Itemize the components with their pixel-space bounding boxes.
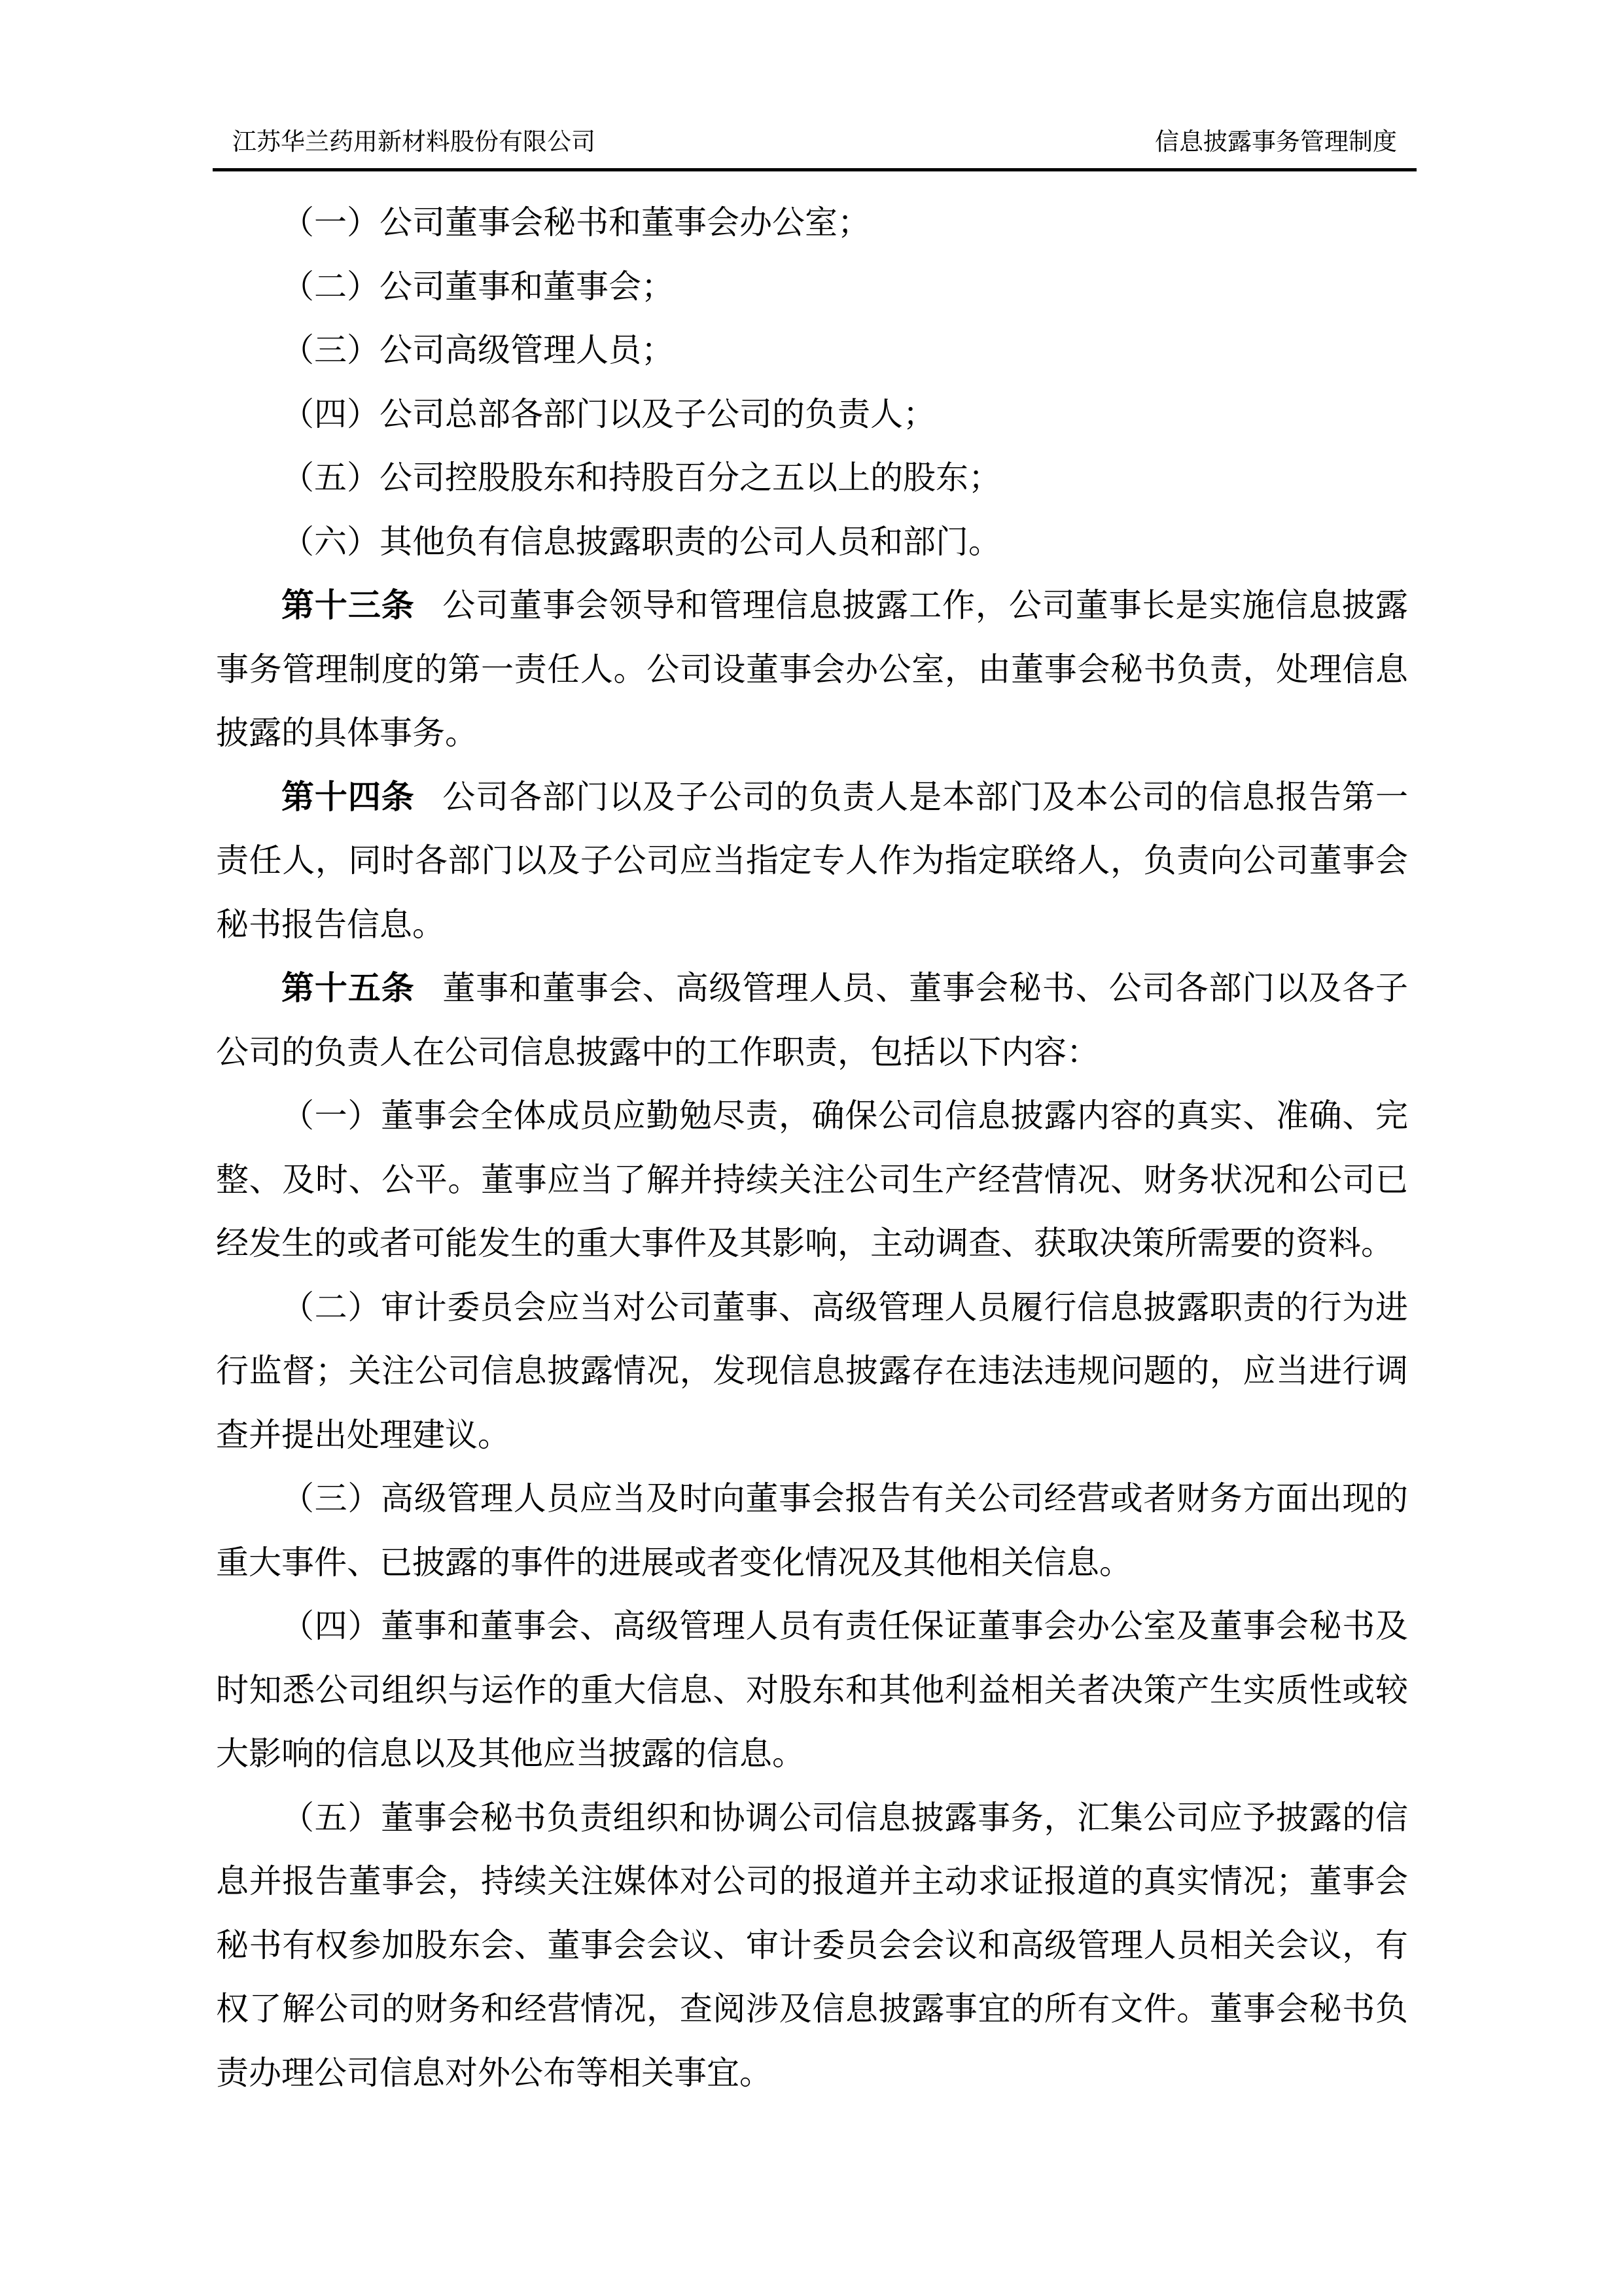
paragraph: （一）董事会全体成员应勤勉尽责，确保公司信息披露内容的真实、准确、完整、及时、公…	[216, 1084, 1408, 1276]
header-company-name: 江苏华兰药用新材料股份有限公司	[232, 128, 595, 157]
paragraph: （四）董事和董事会、高级管理人员有责任保证董事会办公室及董事会秘书及时知悉公司组…	[216, 1595, 1408, 1786]
paragraph: （一）公司董事会秘书和董事会办公室；	[216, 191, 1408, 255]
header-doc-title: 信息披露事务管理制度	[1155, 128, 1397, 157]
article-number-label: 第十五条	[281, 970, 415, 1006]
header-divider	[213, 168, 1417, 171]
paragraph-text: （三）公司高级管理人员；	[281, 332, 674, 368]
paragraph-text: （三）高级管理人员应当及时向董事会报告有关公司经营或者财务方面出现的重大事件、已…	[216, 1480, 1408, 1581]
paragraph-text: （五）董事会秘书负责组织和协调公司信息披露事务，汇集公司应予披露的信息并报告董事…	[216, 1799, 1408, 2091]
paragraph: 第十三条公司董事会领导和管理信息披露工作，公司董事长是实施信息披露事务管理制度的…	[216, 574, 1408, 766]
paragraph: 第十五条董事和董事会、高级管理人员、董事会秘书、公司各部门以及各子公司的负责人在…	[216, 957, 1408, 1084]
paragraph-text: （一）公司董事会秘书和董事会办公室；	[281, 204, 870, 241]
paragraph: （二）公司董事和董事会；	[216, 255, 1408, 319]
paragraph: （六）其他负有信息披露职责的公司人员和部门。	[216, 510, 1408, 574]
paragraph: 第十四条公司各部门以及子公司的负责人是本部门及本公司的信息报告第一责任人，同时各…	[216, 766, 1408, 957]
paragraph: （二）审计委员会应当对公司董事、高级管理人员履行信息披露职责的行为进行监督；关注…	[216, 1276, 1408, 1468]
article-number-label: 第十四条	[281, 779, 415, 815]
paragraph: （五）董事会秘书负责组织和协调公司信息披露事务，汇集公司应予披露的信息并报告董事…	[216, 1786, 1408, 2106]
paragraph: （三）公司高级管理人员；	[216, 319, 1408, 383]
article-number-label: 第十三条	[281, 587, 415, 624]
page-header: 江苏华兰药用新材料股份有限公司 信息披露事务管理制度	[213, 128, 1417, 157]
document-body: （一）公司董事会秘书和董事会办公室；（二）公司董事和董事会；（三）公司高级管理人…	[216, 191, 1408, 2105]
paragraph-text: （四）公司总部各部门以及子公司的负责人；	[281, 396, 936, 433]
document-page: 江苏华兰药用新材料股份有限公司 信息披露事务管理制度 （一）公司董事会秘书和董事…	[0, 0, 1624, 2296]
paragraph-text: （二）审计委员会应当对公司董事、高级管理人员履行信息披露职责的行为进行监督；关注…	[216, 1289, 1408, 1453]
paragraph-text: （四）董事和董事会、高级管理人员有责任保证董事会办公室及董事会秘书及时知悉公司组…	[216, 1608, 1408, 1772]
paragraph-text: （五）公司控股股东和持股百分之五以上的股东；	[281, 459, 1001, 496]
paragraph-text: （一）董事会全体成员应勤勉尽责，确保公司信息披露内容的真实、准确、完整、及时、公…	[216, 1097, 1408, 1262]
paragraph: （四）公司总部各部门以及子公司的负责人；	[216, 383, 1408, 447]
paragraph: （三）高级管理人员应当及时向董事会报告有关公司经营或者财务方面出现的重大事件、已…	[216, 1467, 1408, 1595]
paragraph-text: （二）公司董事和董事会；	[281, 268, 674, 305]
paragraph: （五）公司控股股东和持股百分之五以上的股东；	[216, 446, 1408, 510]
paragraph-text: （六）其他负有信息披露职责的公司人员和部门。	[281, 523, 1001, 560]
